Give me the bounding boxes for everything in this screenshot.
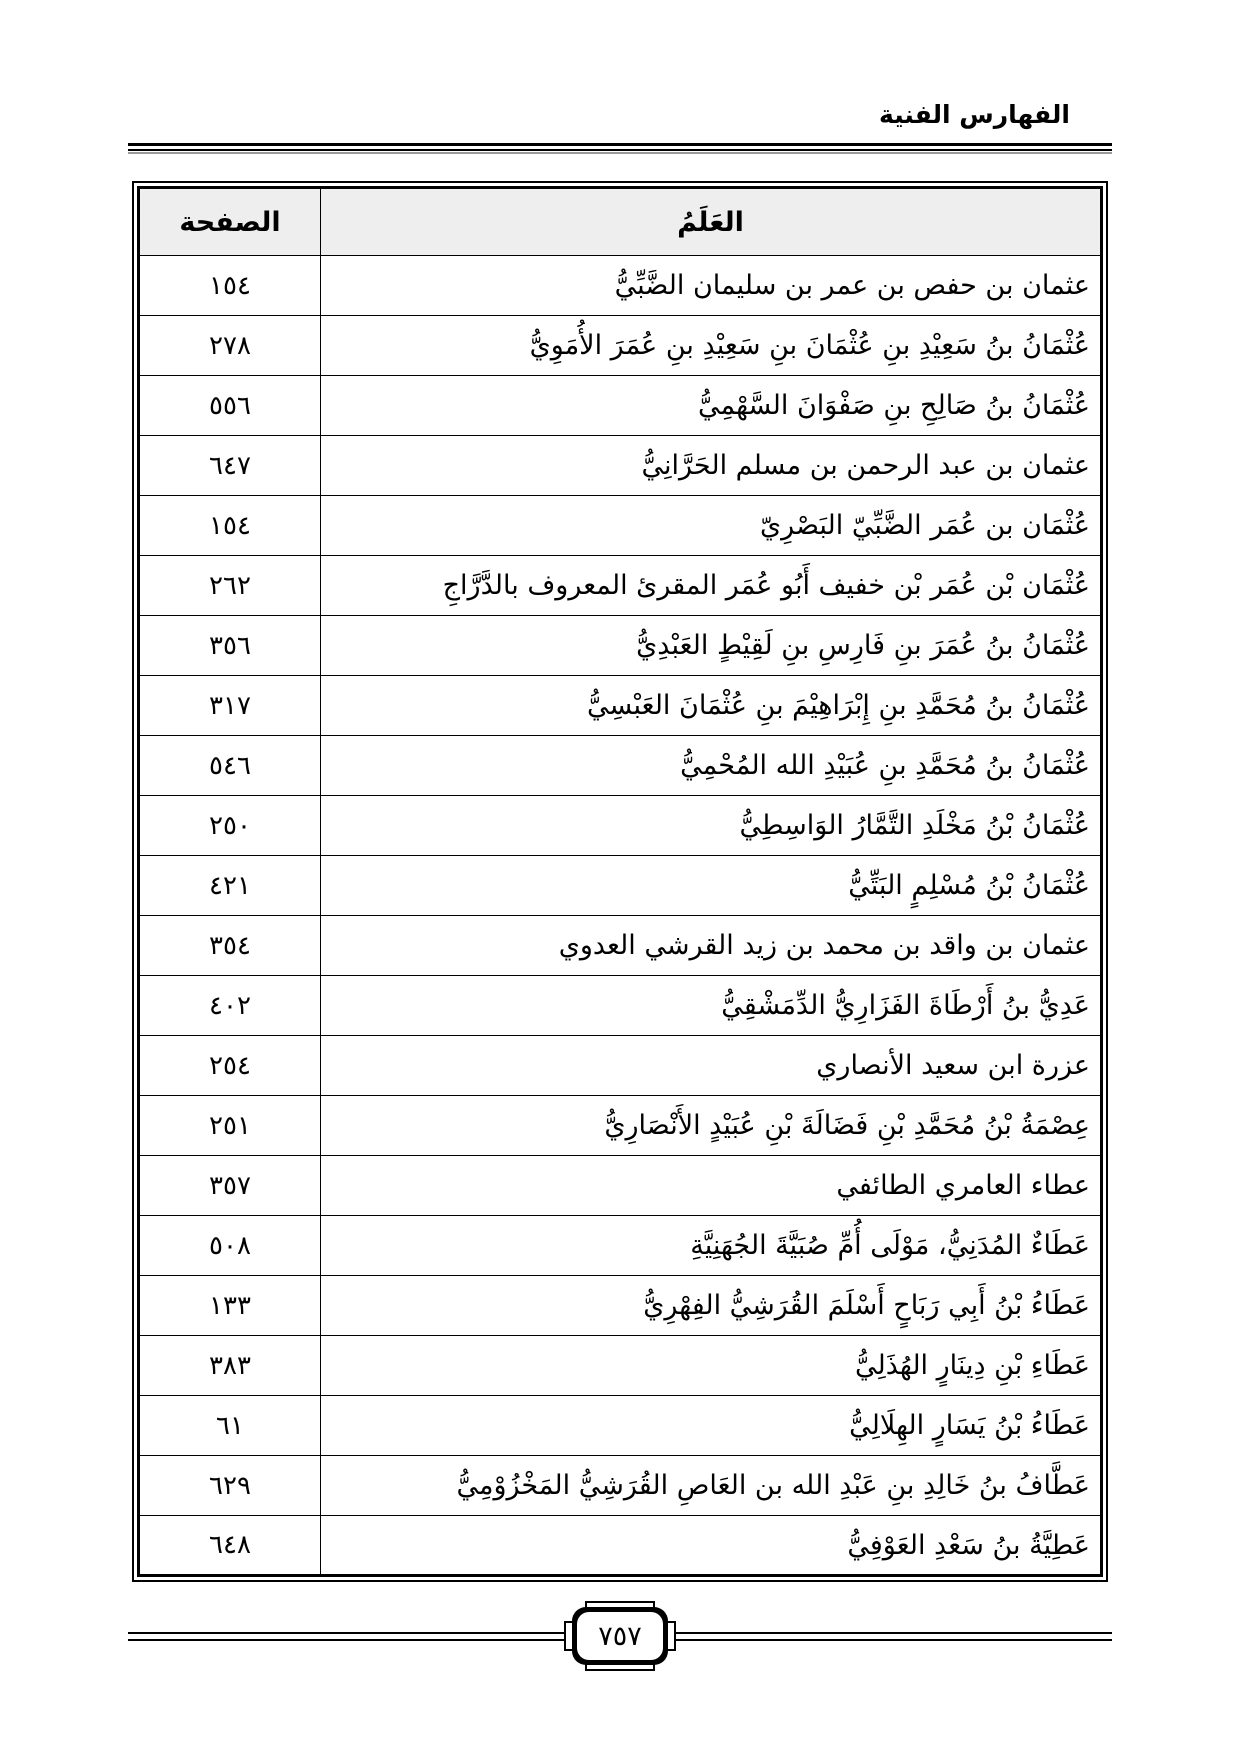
table-row: عُثْمَانُ بنُ مُحَمَّدِ بنِ عُبَيْدِ الل… [139,736,1102,796]
row-name: عَطَاءٌ المُدَنِيُّ، مَوْلَى أُمِّ صُبَي… [321,1216,1102,1276]
column-header-page: الصفحة [139,188,321,256]
row-page: ٣١٧ [139,676,321,736]
row-page: ٥٤٦ [139,736,321,796]
row-name: عُثْمَانُ بنُ مُحَمَّدِ بنِ إِبْرَاهِيْم… [321,676,1102,736]
row-name: عُثْمَانُ بنُ سَعِيْدِ بنِ عُثْمَانَ بنِ… [321,316,1102,376]
row-page: ٦٤٧ [139,436,321,496]
row-page: ٤٢١ [139,856,321,916]
row-page: ٥٥٦ [139,376,321,436]
table-row: عَطِيَّةُ بنُ سَعْدِ العَوْفِيُّ ٦٤٨ [139,1516,1102,1576]
row-page: ٦٤٨ [139,1516,321,1576]
row-name: عُثْمَان بْن عُمَر بْن خفيف أَبُو عُمَر … [321,556,1102,616]
row-page: ٣٥٦ [139,616,321,676]
row-name: عطاء العامري الطائفي [321,1156,1102,1216]
column-header-name: العَلَمُ [321,188,1102,256]
row-name: عُثْمَانُ بنُ عُمَرَ بنِ فَارِسِ بنِ لَق… [321,616,1102,676]
row-name: عُثْمَانُ بنُ صَالِحِ بنِ صَفْوَانَ السَ… [321,376,1102,436]
row-name: عُثْمَان بن عُمَر الضَّبِّيّ البَصْرِيّ [321,496,1102,556]
cartouche-core: ٧٥٧ [572,1607,668,1665]
row-page: ١٣٣ [139,1276,321,1336]
table-row: عُثْمَانُ بنُ مُحَمَّدِ بنِ إِبْرَاهِيْم… [139,676,1102,736]
index-table-body: عثمان بن حفص بن عمر بن سليمان الضَّبِّيُ… [139,256,1102,1576]
header-double-rule [128,143,1112,155]
table-row: عزرة ابن سعيد الأنصاري ٢٥٤ [139,1036,1102,1096]
row-page: ٢٦٢ [139,556,321,616]
table-row: عِصْمَةُ بْنُ مُحَمَّدِ بْنِ فَضَالَةَ ب… [139,1096,1102,1156]
index-table-frame: العَلَمُ الصفحة عثمان بن حفص بن عمر بن س… [132,181,1108,1582]
book-page: الفهارس الفنية العَلَمُ الصفحة عثمان بن … [0,0,1240,1754]
row-page: ٢٥٠ [139,796,321,856]
row-name: عَطِيَّةُ بنُ سَعْدِ العَوْفِيُّ [321,1516,1102,1576]
row-name: عثمان بن عبد الرحمن بن مسلم الحَرَّانِيُ… [321,436,1102,496]
row-name: عزرة ابن سعيد الأنصاري [321,1036,1102,1096]
table-row: عُثْمَانُ بْنُ مَخْلَدِ التَّمَّارُ الوَ… [139,796,1102,856]
table-row: عُثْمَان بن عُمَر الضَّبِّيّ البَصْرِيّ … [139,496,1102,556]
table-row: عثمان بن حفص بن عمر بن سليمان الضَّبِّيُ… [139,256,1102,316]
row-name: عَطَاءِ بْنِ دِينَارٍ الهُذَلِيُّ [321,1336,1102,1396]
row-name: عَطَاءُ بْنُ يَسَارٍ الهِلَالِيُّ [321,1396,1102,1456]
row-page: ٢٥٤ [139,1036,321,1096]
table-row: عَطَاءُ بْنُ يَسَارٍ الهِلَالِيُّ ٦١ [139,1396,1102,1456]
row-page: ٦١ [139,1396,321,1456]
row-page: ١٥٤ [139,256,321,316]
table-row: عَطَاءٌ المُدَنِيُّ، مَوْلَى أُمِّ صُبَي… [139,1216,1102,1276]
table-row: عطاء العامري الطائفي ٣٥٧ [139,1156,1102,1216]
row-page: ٦٢٩ [139,1456,321,1516]
table-row: عثمان بن واقد بن محمد بن زيد القرشي العد… [139,916,1102,976]
index-table: العَلَمُ الصفحة عثمان بن حفص بن عمر بن س… [137,186,1103,1577]
table-row: عَدِيُّ بنُ أَرْطَاةَ الفَزَارِيُّ الدِّ… [139,976,1102,1036]
running-head-title: الفهارس الفنية [879,100,1070,129]
row-page: ٤٠٢ [139,976,321,1036]
table-row: عُثْمَانُ بْنُ مُسْلِمٍ البَتِّيُّ ٤٢١ [139,856,1102,916]
table-row: عُثْمَان بْن عُمَر بْن خفيف أَبُو عُمَر … [139,556,1102,616]
row-name: عُثْمَانُ بنُ مُحَمَّدِ بنِ عُبَيْدِ الل… [321,736,1102,796]
page-number: ٧٥٧ [577,1612,663,1660]
row-name: عَطَاءُ بْنُ أَبِي رَبَاحٍ أَسْلَمَ القُ… [321,1276,1102,1336]
table-row: عثمان بن عبد الرحمن بن مسلم الحَرَّانِيُ… [139,436,1102,496]
row-name: عُثْمَانُ بْنُ مَخْلَدِ التَّمَّارُ الوَ… [321,796,1102,856]
row-name: عثمان بن حفص بن عمر بن سليمان الضَّبِّيُ… [321,256,1102,316]
table-row: عَطَّافُ بنُ خَالِدِ بنِ عَبْدِ الله بن … [139,1456,1102,1516]
row-page: ٣٨٣ [139,1336,321,1396]
row-page: ٣٥٧ [139,1156,321,1216]
row-name: عَدِيُّ بنُ أَرْطَاةَ الفَزَارِيُّ الدِّ… [321,976,1102,1036]
row-name: عثمان بن واقد بن محمد بن زيد القرشي العد… [321,916,1102,976]
page-number-cartouche: ٧٥٧ [572,1607,668,1665]
row-page: ٣٥٤ [139,916,321,976]
row-name: عَطَّافُ بنُ خَالِدِ بنِ عَبْدِ الله بن … [321,1456,1102,1516]
row-page: ٢٧٨ [139,316,321,376]
row-name: عُثْمَانُ بْنُ مُسْلِمٍ البَتِّيُّ [321,856,1102,916]
table-row: عَطَاءُ بْنُ أَبِي رَبَاحٍ أَسْلَمَ القُ… [139,1276,1102,1336]
header-row: العَلَمُ الصفحة [139,188,1102,256]
row-name: عِصْمَةُ بْنُ مُحَمَّدِ بْنِ فَضَالَةَ ب… [321,1096,1102,1156]
table-row: عُثْمَانُ بنُ سَعِيْدِ بنِ عُثْمَانَ بنِ… [139,316,1102,376]
table-row: عُثْمَانُ بنُ صَالِحِ بنِ صَفْوَانَ السَ… [139,376,1102,436]
table-row: عُثْمَانُ بنُ عُمَرَ بنِ فَارِسِ بنِ لَق… [139,616,1102,676]
row-page: ٥٠٨ [139,1216,321,1276]
table-row: عَطَاءِ بْنِ دِينَارٍ الهُذَلِيُّ ٣٨٣ [139,1336,1102,1396]
row-page: ١٥٤ [139,496,321,556]
row-page: ٢٥١ [139,1096,321,1156]
index-table-head: العَلَمُ الصفحة [139,188,1102,256]
